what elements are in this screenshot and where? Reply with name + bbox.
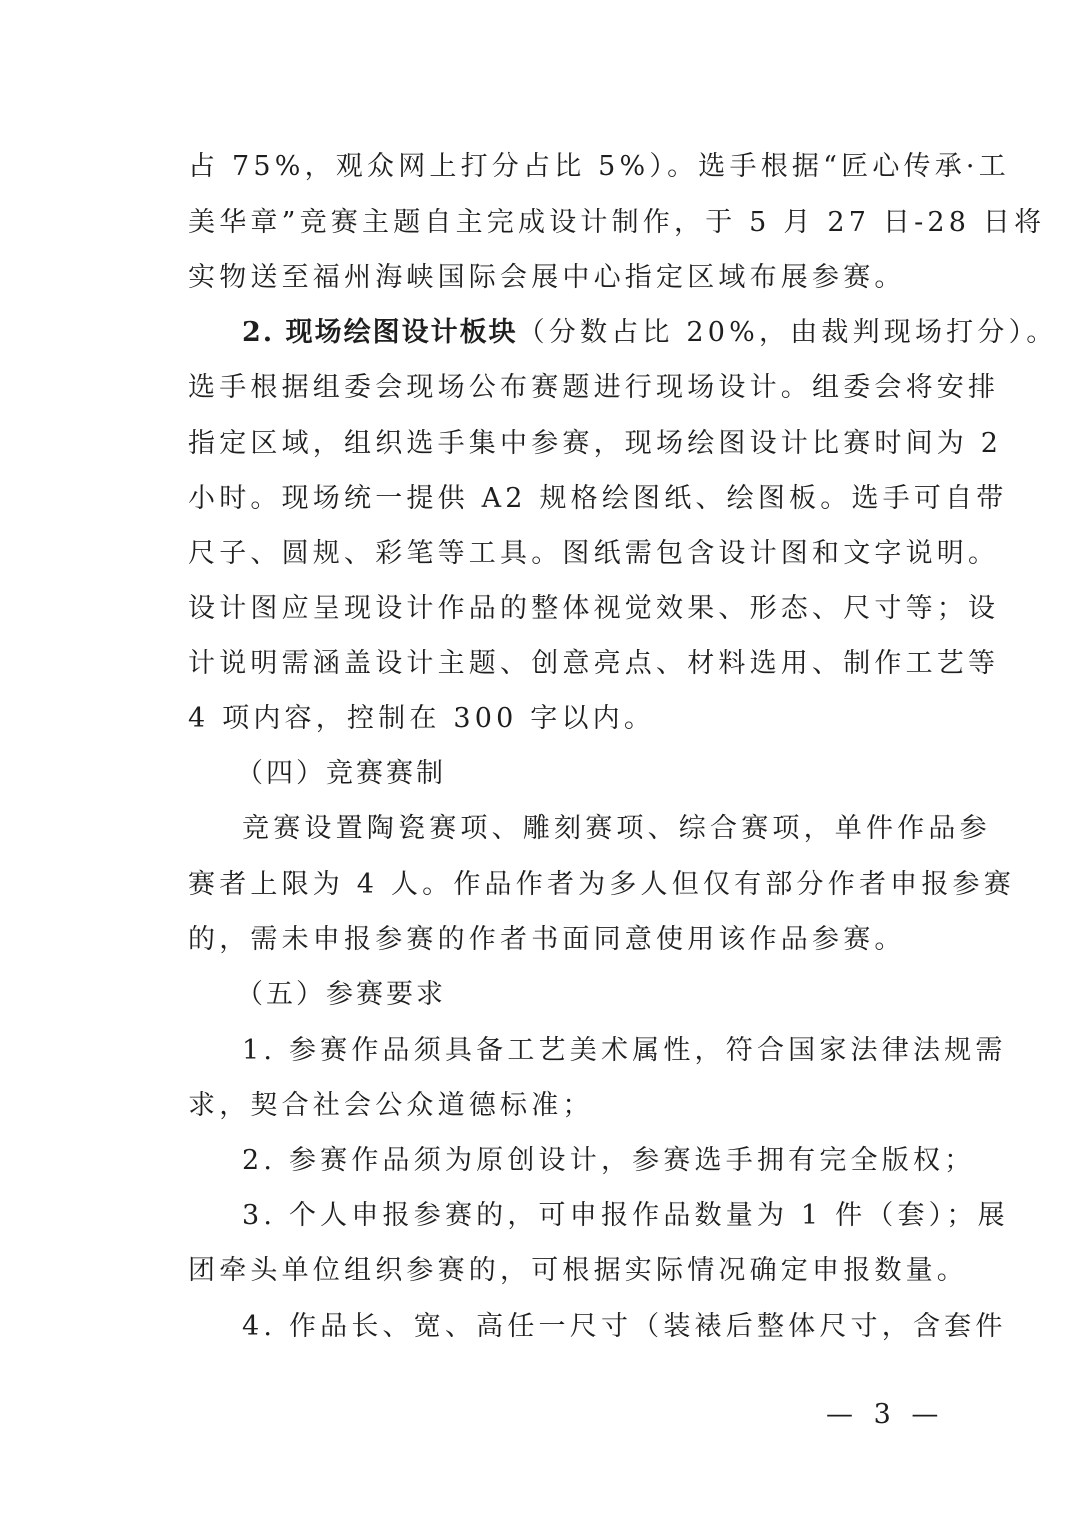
section-heading-requirements: （五）参赛要求	[236, 978, 446, 1012]
list-item-line: 2. 参赛作品须为原创设计，参赛选手拥有完全版权；	[242, 1144, 920, 1178]
text-line: 尺子、圆规、彩笔等工具。图纸需包含设计图和文字说明。	[188, 537, 920, 571]
list-item-line: 团牵头单位组织参赛的，可根据实际情况确定申报数量。	[188, 1254, 920, 1288]
subsection-title-suffix: （分数占比 20%，由裁判现场打分）。	[518, 317, 1058, 348]
text-line: 计说明需涵盖设计主题、创意亮点、材料选用、制作工艺等	[188, 647, 920, 681]
text-line: 赛者上限为 4 人。作品作者为多人但仅有部分作者申报参赛	[188, 868, 920, 902]
text-line: 设计图应呈现设计作品的整体视觉效果、形态、尺寸等；设	[188, 592, 920, 626]
subsection-title-line: 2. 现场绘图设计板块（分数占比 20%，由裁判现场打分）。	[242, 316, 920, 350]
text-line: 指定区域，组织选手集中参赛，现场绘图设计比赛时间为 2	[188, 427, 920, 461]
text-line: 美华章”竞赛主题自主完成设计制作，于 5 月 27 日-28 日将	[188, 206, 920, 240]
list-item-line: 4. 作品长、宽、高任一尺寸（装裱后整体尺寸，含套件	[242, 1310, 920, 1344]
document-page: 占 75%，观众网上打分占比 5%）。选手根据“匠心传承·工 美华章”竞赛主题自…	[0, 0, 1080, 1526]
text-line: 的，需未申报参赛的作者书面同意使用该作品参赛。	[188, 923, 920, 957]
list-item-line: 求，契合社会公众道德标准；	[188, 1089, 920, 1123]
text-line: 实物送至福州海峡国际会展中心指定区域布展参赛。	[188, 261, 920, 295]
page-number: — 3 —	[826, 1398, 944, 1432]
section-heading-competition-format: （四）竞赛赛制	[236, 757, 446, 791]
text-line: 选手根据组委会现场公布赛题进行现场设计。组委会将安排	[188, 371, 920, 405]
text-line: 4 项内容，控制在 300 字以内。	[188, 702, 920, 736]
text-line: 小时。现场统一提供 A2 规格绘图纸、绘图板。选手可自带	[188, 482, 920, 516]
text-line: 占 75%，观众网上打分占比 5%）。选手根据“匠心传承·工	[188, 150, 920, 184]
text-line: 竞赛设置陶瓷赛项、雕刻赛项、综合赛项，单件作品参	[242, 812, 920, 846]
list-item-line: 1. 参赛作品须具备工艺美术属性，符合国家法律法规需	[242, 1034, 920, 1068]
subsection-title: 2. 现场绘图设计板块	[242, 317, 518, 348]
list-item-line: 3. 个人申报参赛的，可申报作品数量为 1 件（套）；展	[242, 1199, 920, 1233]
